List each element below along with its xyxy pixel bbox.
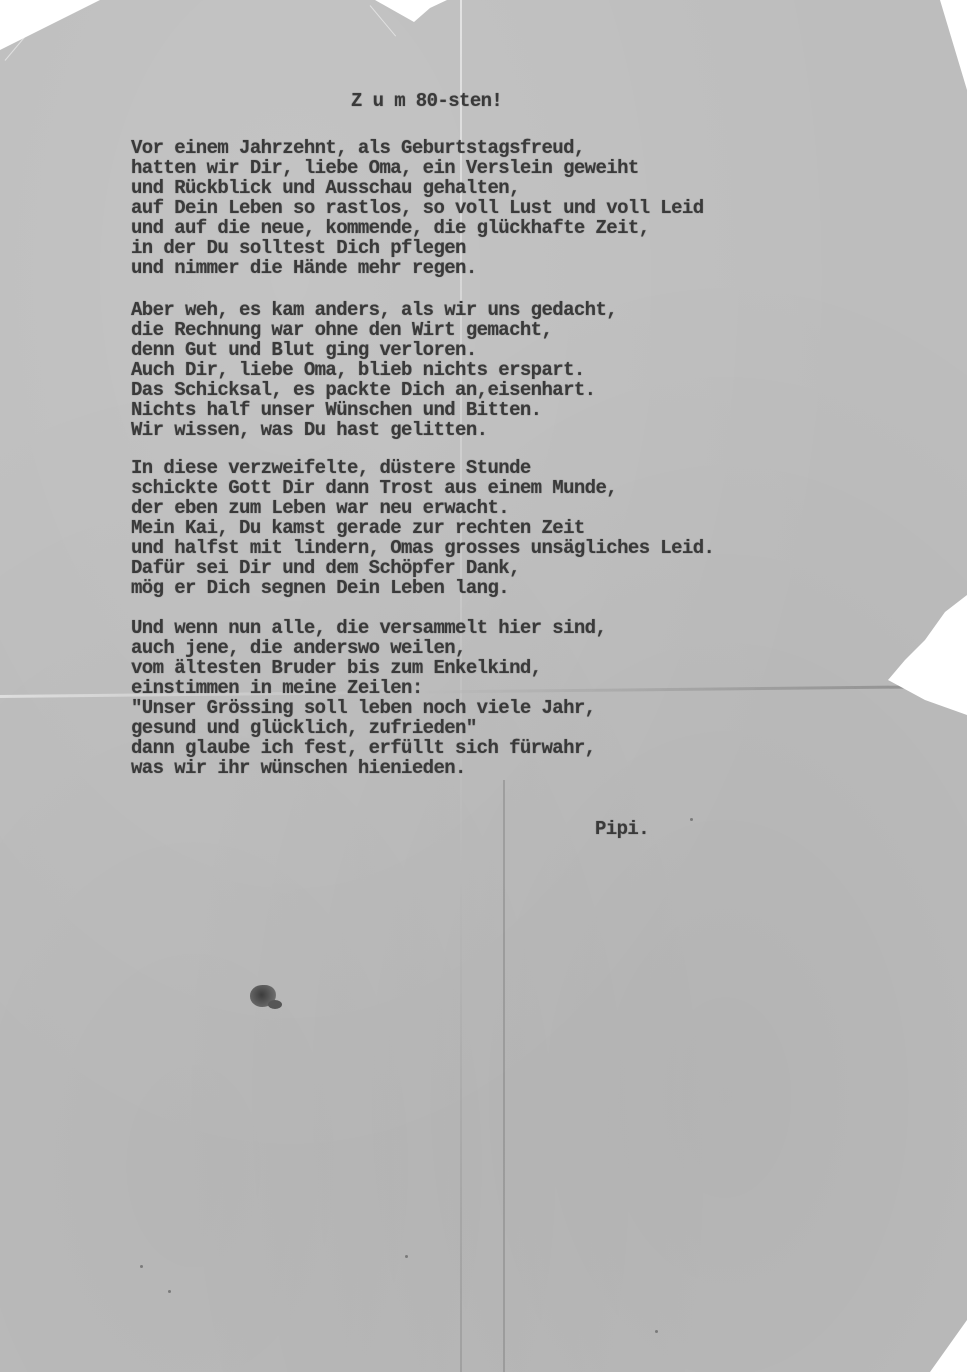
poem-line: in der Du solltest Dich pflegen [131, 238, 704, 258]
poem-line: denn Gut und Blut ging verloren. [131, 340, 617, 360]
poem-line: "Unser Grössing soll leben noch viele Ja… [131, 698, 606, 718]
poem-line: Nichts half unser Wünschen und Bitten. [131, 400, 617, 420]
poem-line: und halfst mit lindern, Omas grosses uns… [131, 538, 714, 558]
paper-sheet: Z u m 80-sten! Vor einem Jahrzehnt, als … [0, 0, 967, 1372]
poem-line: Mein Kai, Du kamst gerade zur rechten Ze… [131, 518, 714, 538]
poem-line: auch jene, die anderswo weilen, [131, 638, 606, 658]
poem-title: Z u m 80-sten! [351, 90, 502, 112]
poem-line: Wir wissen, was Du hast gelitten. [131, 420, 617, 440]
poem-line: hatten wir Dir, liebe Oma, ein Verslein … [131, 158, 704, 178]
poem-line: Und wenn nun alle, die versammelt hier s… [131, 618, 606, 638]
poem-line: und auf die neue, kommende, die glückhaf… [131, 218, 704, 238]
vertical-fold-crease-lower [503, 780, 505, 1372]
paper-speck [168, 1290, 171, 1293]
poem-line: der eben zum Leben war neu erwacht. [131, 498, 714, 518]
ink-stain-tail [268, 1000, 282, 1009]
poem-line: gesund und glücklich, zufrieden" [131, 718, 606, 738]
paper-speck [405, 1255, 408, 1258]
poem-line: die Rechnung war ohne den Wirt gemacht, [131, 320, 617, 340]
stanza-4: Und wenn nun alle, die versammelt hier s… [131, 618, 606, 778]
poem-line: was wir ihr wünschen hienieden. [131, 758, 606, 778]
poem-line: auf Dein Leben so rastlos, so voll Lust … [131, 198, 704, 218]
poem-line: In diese verzweifelte, düstere Stunde [131, 458, 714, 478]
poem-line: Aber weh, es kam anders, als wir uns ged… [131, 300, 617, 320]
poem-line: Das Schicksal, es packte Dich an,eisenha… [131, 380, 617, 400]
poem-line: Dafür sei Dir und dem Schöpfer Dank, [131, 558, 714, 578]
poem-line: Vor einem Jahrzehnt, als Geburtstagsfreu… [131, 138, 704, 158]
stanza-2: Aber weh, es kam anders, als wir uns ged… [131, 300, 617, 440]
signature: Pipi. [595, 818, 649, 840]
corner-crease [5, 0, 57, 61]
poem-line: und nimmer die Hände mehr regen. [131, 258, 704, 278]
paper-speck [690, 818, 693, 821]
stanza-1: Vor einem Jahrzehnt, als Geburtstagsfreu… [131, 138, 704, 278]
poem-line: und Rückblick und Ausschau gehalten, [131, 178, 704, 198]
paper-speck [140, 1265, 143, 1268]
poem-line: dann glaube ich fest, erfüllt sich fürwa… [131, 738, 606, 758]
paper-speck [655, 1330, 658, 1333]
poem-line: mög er Dich segnen Dein Leben lang. [131, 578, 714, 598]
scanned-page: Z u m 80-sten! Vor einem Jahrzehnt, als … [0, 0, 967, 1372]
poem-line: einstimmen in meine Zeilen: [131, 678, 606, 698]
poem-line: schickte Gott Dir dann Trost aus einem M… [131, 478, 714, 498]
poem-line: vom ältesten Bruder bis zum Enkelkind, [131, 658, 606, 678]
top-tear-crease [370, 5, 396, 36]
stanza-3: In diese verzweifelte, düstere Stunde sc… [131, 458, 714, 598]
poem-line: Auch Dir, liebe Oma, blieb nichts erspar… [131, 360, 617, 380]
